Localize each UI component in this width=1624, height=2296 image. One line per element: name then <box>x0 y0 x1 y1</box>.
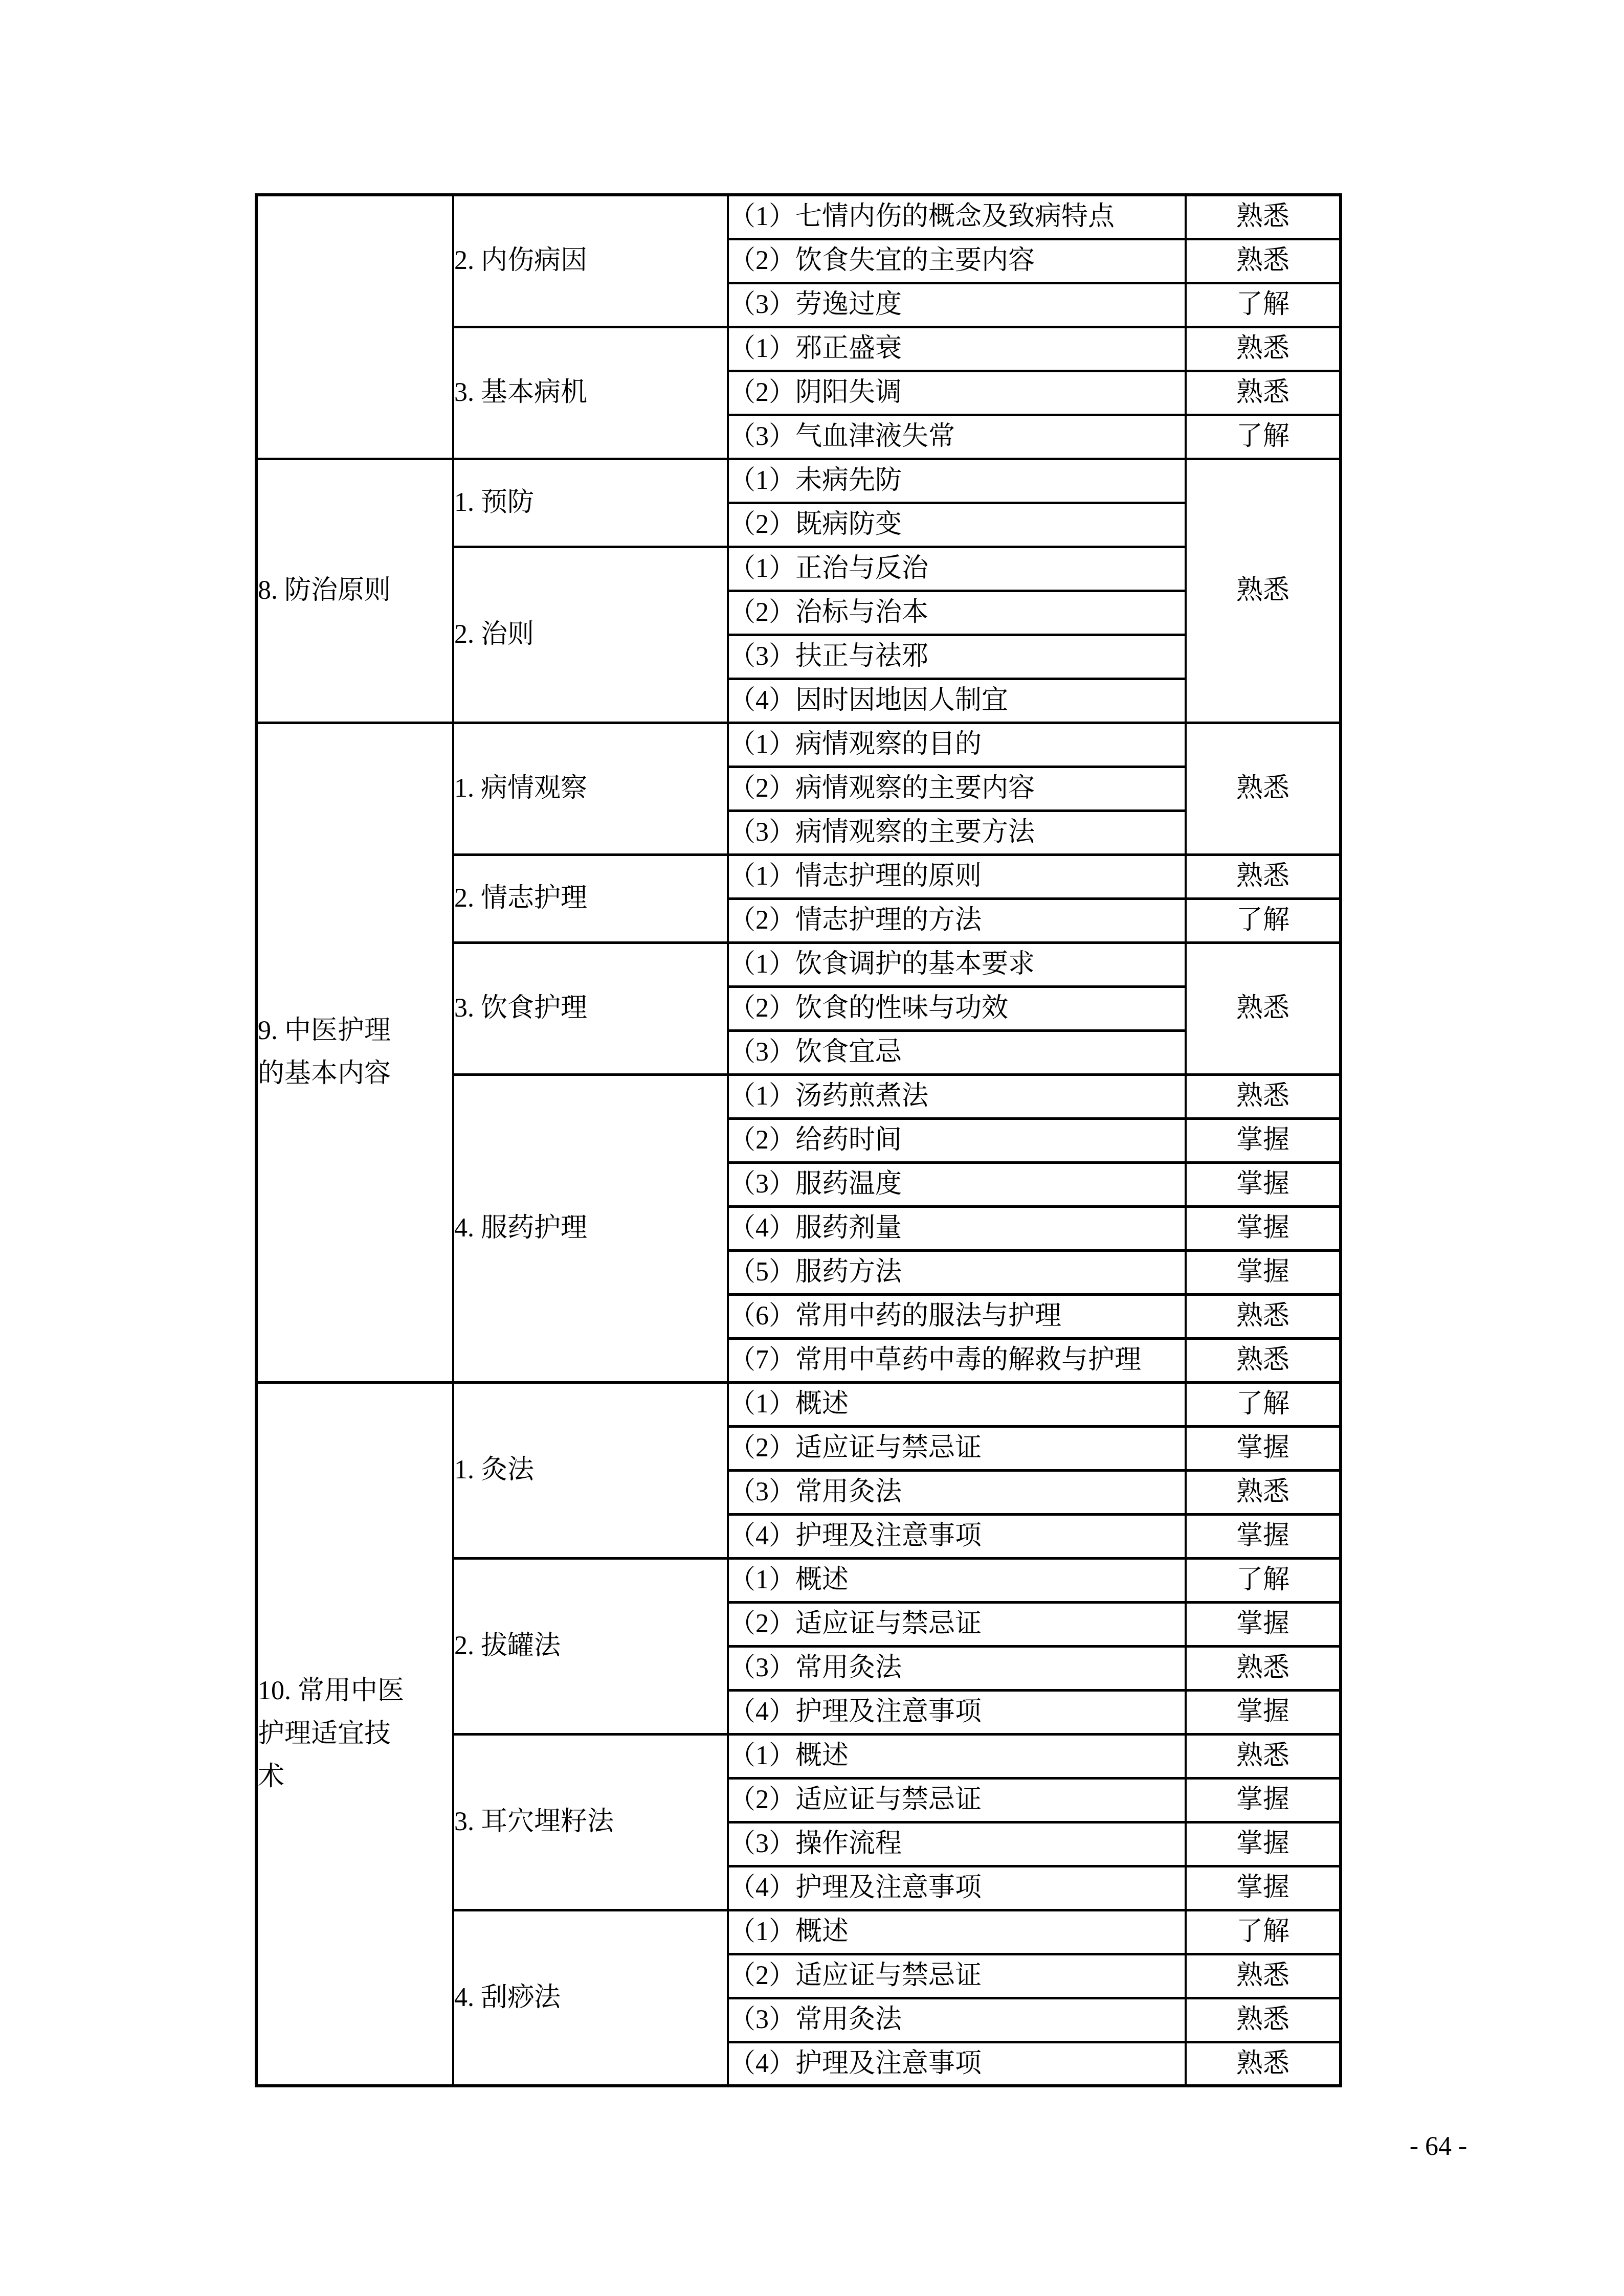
level-cell: 熟悉 <box>1186 1470 1341 1514</box>
chapter-cell: 8. 防治原则 <box>256 459 453 723</box>
section-cell: 2. 拔罐法 <box>453 1558 728 1734</box>
level-cell: 掌握 <box>1186 1514 1341 1558</box>
item-cell: （1）饮食调护的基本要求 <box>728 942 1186 986</box>
item-cell: （1）七情内伤的概念及致病特点 <box>728 195 1186 239</box>
level-cell: 了解 <box>1186 1910 1341 1954</box>
table-row: 8. 防治原则1. 预防（1）未病先防熟悉 <box>256 459 1341 503</box>
level-cell: 熟悉 <box>1186 1646 1341 1690</box>
level-cell: 掌握 <box>1186 1690 1341 1734</box>
level-cell: 掌握 <box>1186 1250 1341 1294</box>
table-row: 9. 中医护理的基本内容1. 病情观察（1）病情观察的目的熟悉 <box>256 723 1341 767</box>
level-cell: 熟悉 <box>1186 1998 1341 2042</box>
section-cell: 2. 内伤病因 <box>453 195 728 327</box>
item-cell: （3）操作流程 <box>728 1822 1186 1866</box>
item-cell: （6）常用中药的服法与护理 <box>728 1294 1186 1338</box>
level-cell: 了解 <box>1186 415 1341 459</box>
chapter-title-line: 8. 防治原则 <box>258 569 452 612</box>
item-cell: （3）扶正与祛邪 <box>728 635 1186 679</box>
item-cell: （4）护理及注意事项 <box>728 2042 1186 2086</box>
item-cell: （1）概述 <box>728 1910 1186 1954</box>
item-cell: （2）饮食失宜的主要内容 <box>728 239 1186 283</box>
item-cell: （1）汤药煎煮法 <box>728 1074 1186 1118</box>
level-cell: 掌握 <box>1186 1162 1341 1206</box>
level-cell: 熟悉 <box>1186 2042 1341 2086</box>
chapter-title-line: 的基本内容 <box>258 1052 452 1095</box>
level-cell: 熟悉 <box>1186 1338 1341 1382</box>
level-cell: 掌握 <box>1186 1866 1341 1910</box>
item-cell: （1）未病先防 <box>728 459 1186 503</box>
item-cell: （3）饮食宜忌 <box>728 1030 1186 1074</box>
item-cell: （5）服药方法 <box>728 1250 1186 1294</box>
table-row: 2. 内伤病因（1）七情内伤的概念及致病特点熟悉 <box>256 195 1341 239</box>
level-cell: 熟悉 <box>1186 239 1341 283</box>
level-cell: 熟悉 <box>1186 371 1341 415</box>
chapter-cell: 10. 常用中医护理适宜技术 <box>256 1382 453 2086</box>
item-cell: （3）常用灸法 <box>728 1646 1186 1690</box>
syllabus-table-body: 2. 内伤病因（1）七情内伤的概念及致病特点熟悉（2）饮食失宜的主要内容熟悉（3… <box>256 195 1341 2086</box>
chapter-title-line: 9. 中医护理 <box>258 1009 452 1052</box>
chapter-title-line: 术 <box>258 1755 452 1798</box>
section-cell: 3. 耳穴埋籽法 <box>453 1734 728 1910</box>
item-cell: （4）因时因地因人制宜 <box>728 679 1186 723</box>
level-cell: 熟悉 <box>1186 854 1341 898</box>
level-cell: 熟悉 <box>1186 195 1341 239</box>
chapter-cell <box>256 195 453 459</box>
item-cell: （3）劳逸过度 <box>728 283 1186 327</box>
item-cell: （2）阴阳失调 <box>728 371 1186 415</box>
item-cell: （2）情志护理的方法 <box>728 898 1186 942</box>
level-cell: 掌握 <box>1186 1602 1341 1646</box>
level-cell: 了解 <box>1186 1558 1341 1602</box>
item-cell: （2）适应证与禁忌证 <box>728 1778 1186 1822</box>
page-number: - 64 - <box>1374 2131 1502 2162</box>
item-cell: （1）情志护理的原则 <box>728 854 1186 898</box>
item-cell: （7）常用中草药中毒的解救与护理 <box>728 1338 1186 1382</box>
level-cell: 掌握 <box>1186 1206 1341 1250</box>
level-cell: 掌握 <box>1186 1822 1341 1866</box>
level-cell: 熟悉 <box>1186 942 1341 1074</box>
item-cell: （4）护理及注意事项 <box>728 1690 1186 1734</box>
item-cell: （1）正治与反治 <box>728 547 1186 591</box>
item-cell: （3）气血津液失常 <box>728 415 1186 459</box>
item-cell: （1）邪正盛衰 <box>728 327 1186 371</box>
item-cell: （1）概述 <box>728 1558 1186 1602</box>
item-cell: （2）适应证与禁忌证 <box>728 1426 1186 1470</box>
level-cell: 了解 <box>1186 898 1341 942</box>
item-cell: （4）护理及注意事项 <box>728 1514 1186 1558</box>
item-cell: （3）病情观察的主要方法 <box>728 811 1186 854</box>
syllabus-table: 2. 内伤病因（1）七情内伤的概念及致病特点熟悉（2）饮食失宜的主要内容熟悉（3… <box>255 193 1342 2087</box>
item-cell: （2）适应证与禁忌证 <box>728 1954 1186 1998</box>
item-cell: （3）服药温度 <box>728 1162 1186 1206</box>
level-cell: 熟悉 <box>1186 327 1341 371</box>
section-cell: 2. 治则 <box>453 547 728 723</box>
item-cell: （2）既病防变 <box>728 503 1186 547</box>
item-cell: （2）饮食的性味与功效 <box>728 986 1186 1030</box>
item-cell: （1）概述 <box>728 1382 1186 1426</box>
item-cell: （3）常用灸法 <box>728 1470 1186 1514</box>
item-cell: （2）治标与治本 <box>728 591 1186 635</box>
item-cell: （3）常用灸法 <box>728 1998 1186 2042</box>
level-cell: 熟悉 <box>1186 1734 1341 1778</box>
section-cell: 1. 预防 <box>453 459 728 547</box>
level-cell: 熟悉 <box>1186 723 1341 854</box>
level-cell: 熟悉 <box>1186 1294 1341 1338</box>
level-cell: 掌握 <box>1186 1118 1341 1162</box>
item-cell: （1）概述 <box>728 1734 1186 1778</box>
section-cell: 3. 基本病机 <box>453 327 728 459</box>
level-cell: 了解 <box>1186 1382 1341 1426</box>
section-cell: 2. 情志护理 <box>453 854 728 942</box>
level-cell: 掌握 <box>1186 1426 1341 1470</box>
chapter-title-line: 10. 常用中医 <box>258 1670 452 1713</box>
item-cell: （2）给药时间 <box>728 1118 1186 1162</box>
section-cell: 1. 灸法 <box>453 1382 728 1558</box>
item-cell: （2）病情观察的主要内容 <box>728 767 1186 811</box>
section-cell: 4. 刮痧法 <box>453 1910 728 2086</box>
item-cell: （1）病情观察的目的 <box>728 723 1186 767</box>
section-cell: 1. 病情观察 <box>453 723 728 854</box>
section-cell: 4. 服药护理 <box>453 1074 728 1382</box>
chapter-cell: 9. 中医护理的基本内容 <box>256 723 453 1382</box>
level-cell: 熟悉 <box>1186 1074 1341 1118</box>
level-cell: 掌握 <box>1186 1778 1341 1822</box>
table-row: 10. 常用中医护理适宜技术1. 灸法（1）概述了解 <box>256 1382 1341 1426</box>
chapter-title-line: 护理适宜技 <box>258 1713 452 1755</box>
level-cell: 熟悉 <box>1186 459 1341 723</box>
item-cell: （2）适应证与禁忌证 <box>728 1602 1186 1646</box>
level-cell: 熟悉 <box>1186 1954 1341 1998</box>
item-cell: （4）服药剂量 <box>728 1206 1186 1250</box>
level-cell: 了解 <box>1186 283 1341 327</box>
item-cell: （4）护理及注意事项 <box>728 1866 1186 1910</box>
section-cell: 3. 饮食护理 <box>453 942 728 1074</box>
